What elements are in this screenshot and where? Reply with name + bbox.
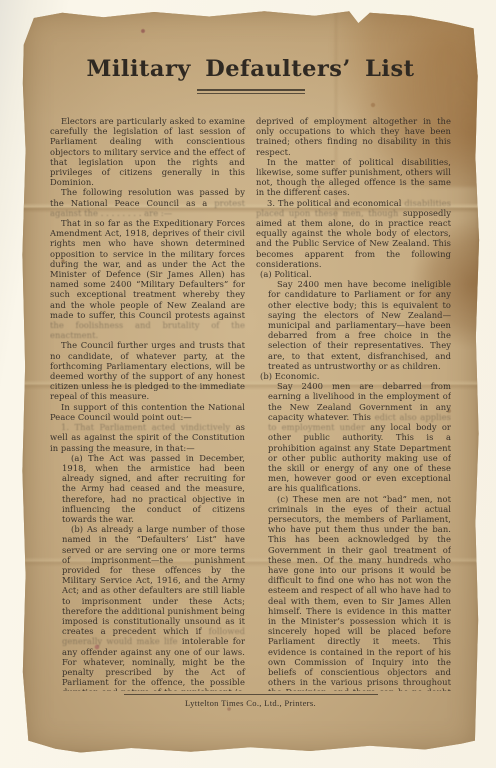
paragraph-resolution-lead: The following resolution was passed by t… (50, 187, 245, 218)
paragraph-point3: 3. The political and economical disabili… (256, 198, 451, 269)
text-run: 3. The political and economical (267, 198, 402, 208)
imprint: Lyttelton Times Co., Ltd., Printers. (21, 694, 480, 708)
paragraph-in-support: In support of this contention the Nation… (50, 402, 245, 422)
paragraph-council-urges: The Council further urges and trusts tha… (50, 340, 245, 401)
printed-content: Military Defaulters’ List Electors are p… (21, 9, 480, 754)
right-column: deprived of employment altogether in the… (256, 116, 451, 691)
fold-smudged-text: 1. That Parliament acted vindictively (61, 422, 230, 432)
paragraph-political: Say 2400 men have become ineligible for … (268, 279, 451, 371)
paragraph-point2-continued: deprived of employment altogether in the… (256, 116, 451, 157)
paragraph-resolution: That in so far as the Expeditionary Forc… (50, 218, 245, 340)
subheading-economic: (b) Economic. (256, 371, 451, 381)
photo-backdrop: Military Defaulters’ List Electors are p… (0, 0, 496, 768)
printer-imprint: Lyttelton Times Co., Ltd., Printers. (21, 695, 480, 708)
text-run: That in so far as the Expeditionary Forc… (50, 218, 245, 320)
paragraph-political-disabilities: In the matter of political disabilities,… (256, 157, 451, 198)
text-run: (b) As already a large number of those n… (62, 524, 245, 636)
paragraph-point1a: (a) The Act was passed in December, 1918… (62, 453, 245, 524)
paragraph-economic: Say 2400 men are debarred from earning a… (268, 381, 451, 493)
paragraph-point1: 1. That Parliament acted vindictively as… (50, 422, 245, 453)
page-title: Military Defaulters’ List (50, 57, 451, 81)
fold-smudged-text: the foolishness and brutality of the ena… (50, 320, 245, 340)
paragraph-not-bad-men: (c) These men are not “bad” men, not cri… (268, 494, 451, 691)
text-run: any local body or other public authority… (268, 422, 451, 493)
title-rule (197, 89, 305, 94)
left-column: Electors are particularly asked to exami… (50, 116, 245, 691)
pamphlet-page: Military Defaulters’ List Electors are p… (21, 9, 480, 754)
paragraph-point1b: (b) As already a large number of those n… (62, 524, 245, 691)
subheading-political: (a) Political. (256, 269, 451, 279)
text-columns: Electors are particularly asked to exami… (50, 116, 451, 691)
paragraph-intro: Electors are particularly asked to exami… (50, 116, 245, 187)
